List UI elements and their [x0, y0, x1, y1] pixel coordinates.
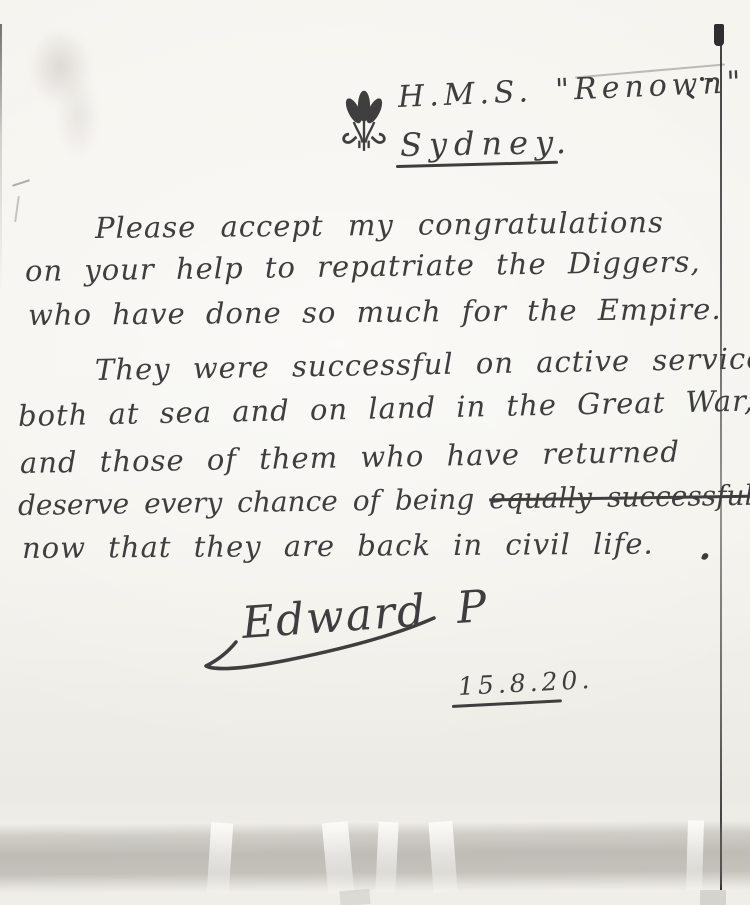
handwritten-line: on your help to repatriate the Diggers,: [25, 245, 701, 288]
line-text: deserve every chance of being: [18, 482, 490, 522]
bottom-streak-shadow: [340, 889, 371, 905]
handwritten-line: and those of them who have returned: [20, 434, 680, 480]
light-streak: [686, 820, 704, 890]
handwritten-line: who have done so much for the Empire.: [28, 292, 722, 332]
light-streak: [375, 822, 398, 893]
letterhead-location: Sydney.: [400, 123, 574, 164]
handwritten-line: both at sea and on land in the Great War…: [18, 384, 750, 433]
left-edge-shadow: [0, 24, 2, 134]
handwritten-line: now that they are back in civil life.: [22, 527, 654, 565]
letterhead-ship: H.M.S. "Renown": [397, 65, 746, 115]
left-scratch-mark: [12, 179, 30, 186]
handwritten-line: Please accept my congratulations: [95, 205, 664, 245]
right-edge-blob: [714, 24, 724, 46]
left-edge-shadow-faint: [0, 134, 2, 294]
struck-phrase: equally successful: [489, 479, 750, 516]
top-left-smudge: [12, 18, 132, 158]
bottom-scan-band: [0, 820, 750, 894]
handwritten-line: They were successful on active service: [95, 341, 750, 387]
letter-photograph: H.M.S. "Renown" Sydney. Please accept my…: [0, 0, 750, 905]
light-streak: [322, 821, 354, 893]
bottom-streak-shadow: [700, 890, 726, 905]
light-streak: [207, 822, 233, 893]
handwritten-line: deserve every chance of being equally su…: [18, 479, 750, 522]
light-streak: [428, 821, 457, 893]
prince-of-wales-feathers-icon: [336, 88, 392, 156]
signature-flourish: [198, 608, 448, 674]
left-scratch-mark: [14, 196, 20, 222]
date-line: 15.8.20.: [457, 665, 594, 701]
ink-speck-comma: [701, 552, 709, 561]
right-edge-line: [720, 28, 722, 890]
